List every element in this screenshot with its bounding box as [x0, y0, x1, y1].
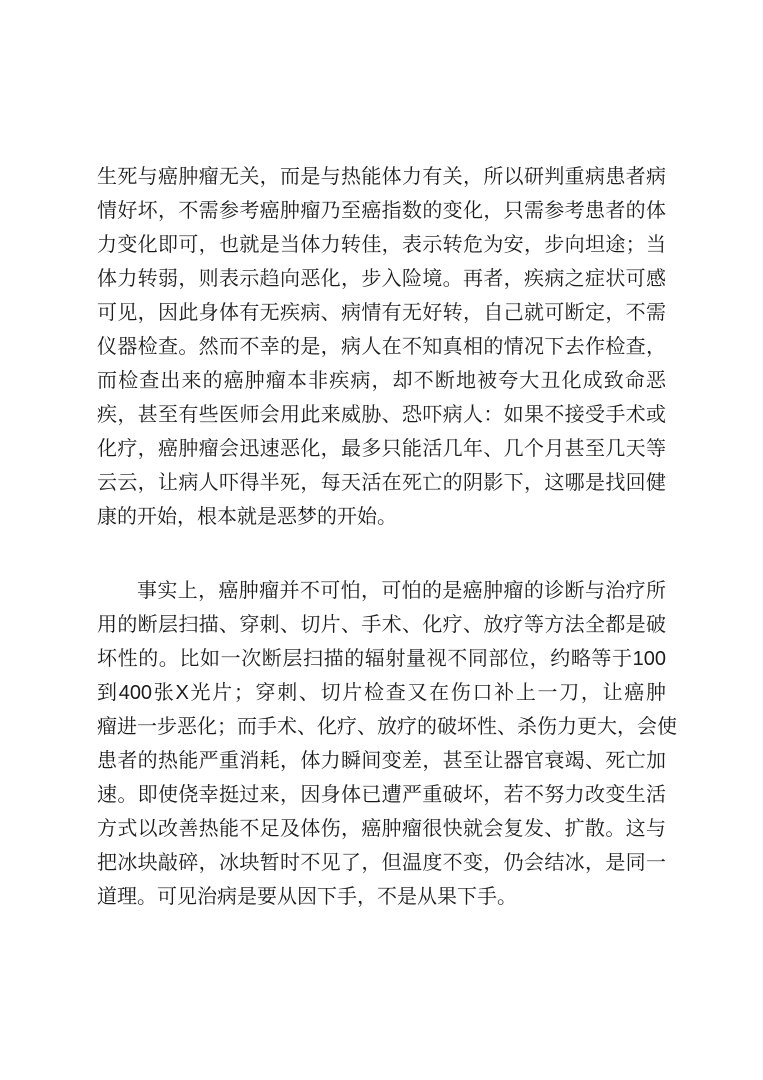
text-line: 体力转弱，则表示趋向恶化，步入险境。再者，疾病之症状可感	[97, 262, 666, 296]
text-line: 速。即使侥幸挺过来，因身体已遭严重破坏，若不努力改变生活	[97, 778, 666, 812]
text-line: 可见，因此身体有无疾病、病情有无好转，自己就可断定，不需	[97, 296, 666, 330]
paragraph: 事实上，癌肿瘤并不可怕，可怕的是癌肿瘤的诊断与治疗所用的断层扫描、穿刺、切片、手…	[97, 574, 666, 914]
text-line: 把冰块敲碎，冰块暂时不见了，但温度不变，仍会结冰，是同一	[97, 846, 666, 880]
text-line: 到400张X光片；穿刺、切片检查又在伤口补上一刀，让癌肿	[97, 676, 666, 710]
text-line: 生死与癌肿瘤无关，而是与热能体力有关，所以研判重病患者病	[97, 160, 666, 194]
text-line: 仪器检查。然而不幸的是，病人在不知真相的情况下去作检查，	[97, 330, 666, 364]
text-line: 康的开始，根本就是恶梦的开始。	[97, 500, 666, 534]
text-line: 云云，让病人吓得半死，每天活在死亡的阴影下，这哪是找回健	[97, 466, 666, 500]
text-line: 坏性的。比如一次断层扫描的辐射量视不同部位，约略等于100	[97, 642, 666, 676]
document-page: 生死与癌肿瘤无关，而是与热能体力有关，所以研判重病患者病情好坏，不需参考癌肿瘤乃…	[0, 0, 763, 1080]
text-line: 瘤进一步恶化；而手术、化疗、放疗的破坏性、杀伤力更大，会使	[97, 710, 666, 744]
text-line: 用的断层扫描、穿刺、切片、手术、化疗、放疗等方法全都是破	[97, 608, 666, 642]
text-line: 疾，甚至有些医师会用此来威胁、恐吓病人：如果不接受手术或	[97, 398, 666, 432]
text-line: 化疗，癌肿瘤会迅速恶化，最多只能活几年、几个月甚至几天等	[97, 432, 666, 466]
text-line: 情好坏，不需参考癌肿瘤乃至癌指数的变化，只需参考患者的体	[97, 194, 666, 228]
text-line: 力变化即可，也就是当体力转佳，表示转危为安，步向坦途；当	[97, 228, 666, 262]
article-text: 生死与癌肿瘤无关，而是与热能体力有关，所以研判重病患者病情好坏，不需参考癌肿瘤乃…	[97, 160, 666, 914]
text-line: 患者的热能严重消耗，体力瞬间变差，甚至让器官衰竭、死亡加	[97, 744, 666, 778]
text-line: 方式以改善热能不足及体伤，癌肿瘤很快就会复发、扩散。这与	[97, 812, 666, 846]
text-line: 事实上，癌肿瘤并不可怕，可怕的是癌肿瘤的诊断与治疗所	[97, 574, 666, 608]
paragraph: 生死与癌肿瘤无关，而是与热能体力有关，所以研判重病患者病情好坏，不需参考癌肿瘤乃…	[97, 160, 666, 534]
text-line: 而检查出来的癌肿瘤本非疾病，却不断地被夸大丑化成致命恶	[97, 364, 666, 398]
text-line: 道理。可见治病是要从因下手，不是从果下手。	[97, 880, 666, 914]
